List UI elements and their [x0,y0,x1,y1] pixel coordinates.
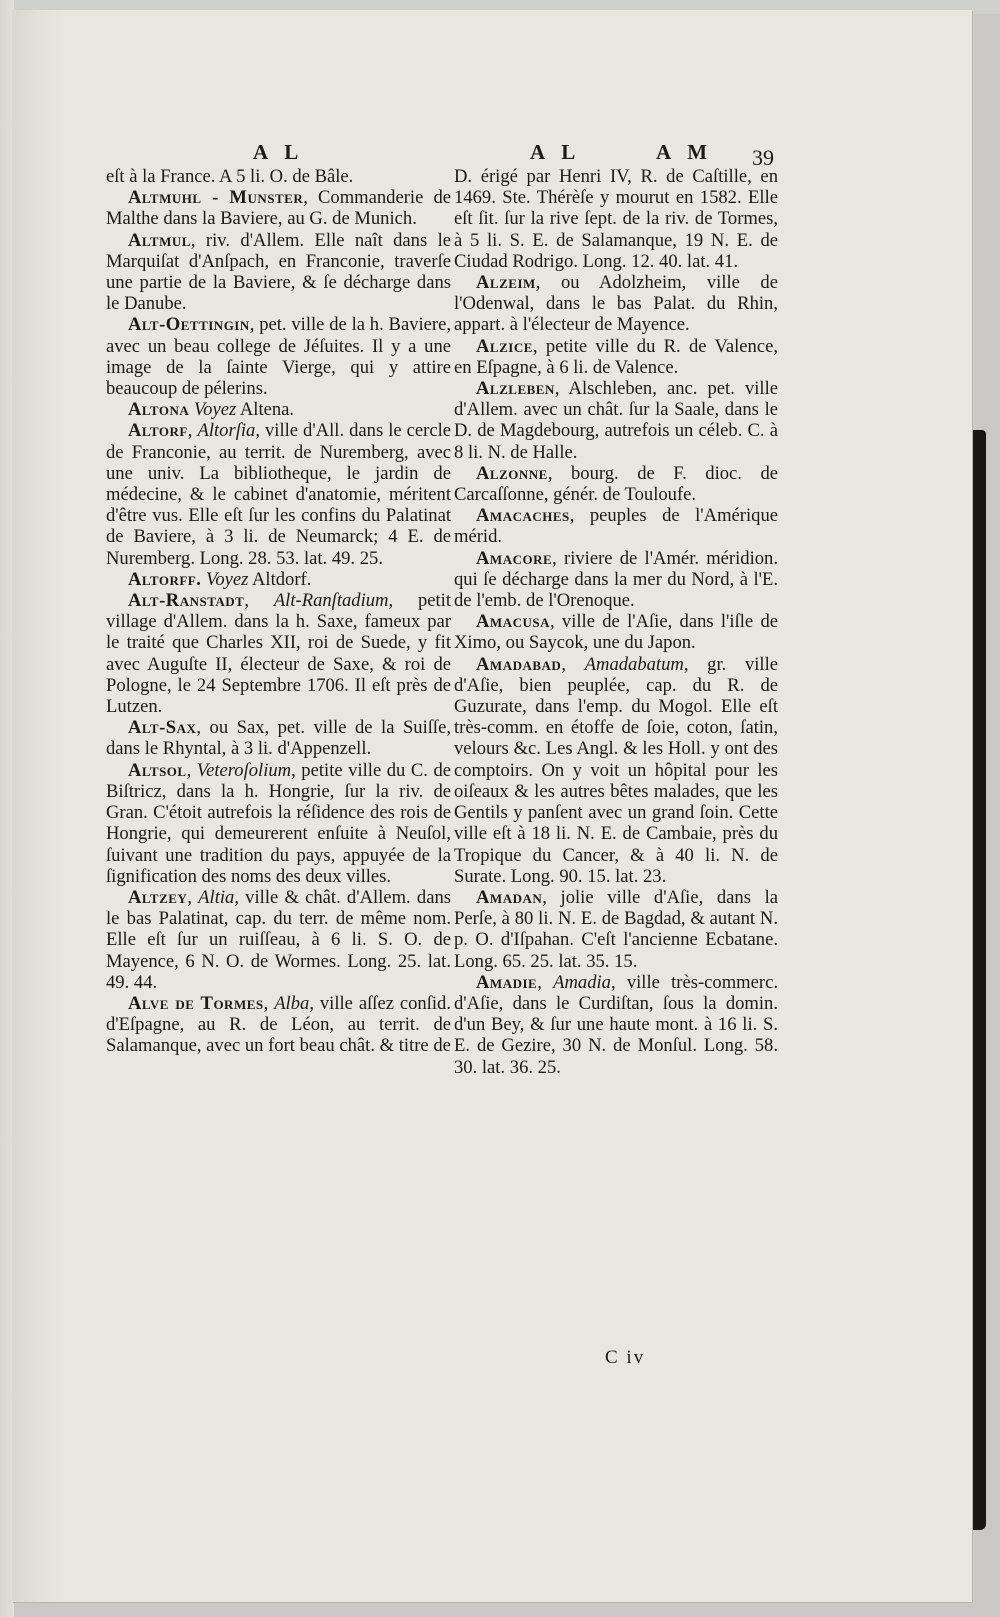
entry-headword: Altmul [128,230,191,251]
dictionary-entry: Amadie, Amadia, ville très-commerc. d'Aſ… [454,972,778,1078]
entry-headword: Altorf [128,420,188,441]
dictionary-entry: Altmuhl - Munster, Commanderie de Malthe… [106,187,451,229]
entry-headword: Altmuhl - Munster [128,187,303,208]
entry-headword: Alt-Sax [128,717,196,738]
dictionary-entry: D. érigé par Henri IV, R. de Caſtille, e… [454,166,778,272]
dictionary-entry: Amadabad, Amadabatum, gr. ville d'Aſie, … [454,654,778,887]
dictionary-entry: Altorf, Altorſia, ville d'All. dans le c… [106,420,451,568]
dictionary-entry: Alt-Oettingin, pet. ville de la h. Bavie… [106,314,451,399]
dictionary-entry: Altona Voyez Altena. [106,399,451,420]
cross-reference: Voyez [206,569,248,590]
entry-text: eſt à la France. A 5 li. O. de Bâle. [106,166,353,187]
entry-latin-name: Veteroſolium [197,760,291,781]
running-head-right-2: A M [656,140,713,165]
entry-headword: Amacore [476,548,552,569]
entry-latin-name: Alba [274,993,309,1014]
dictionary-entry: Alzonne, bourg. de F. dioc. de Carcaſſon… [454,463,778,505]
entry-text: , gr. ville d'Aſie, bien peuplée, cap. d… [454,654,778,887]
entry-headword: Altsol [128,760,187,781]
entry-headword: Alzleben [476,378,555,399]
entry-latin-name: Alt-Ranſtadium [274,590,389,611]
entry-text: , ville d'All. dans le cercle de Francon… [106,420,451,568]
right-column: D. érigé par Henri IV, R. de Caſtille, e… [454,166,778,1078]
running-head-right-1: A L [530,140,581,165]
entry-headword: Amacaches [476,505,570,526]
dictionary-entry: Altzey, Altia, ville & chât. d'Allem. da… [106,887,451,993]
entry-headword: Altzey [128,887,187,908]
entry-headword: Amadie [476,972,537,993]
entry-text: Altdorf. [248,569,311,590]
running-head-left: A L [253,140,304,165]
entry-text: Altena. [236,399,294,420]
cross-reference: Voyez [194,399,236,420]
entry-latin-name: Amadabatum [585,654,684,675]
dictionary-entry: Altsol, Veteroſolium, petite ville du C.… [106,760,451,887]
signature-mark: C iv [605,1347,645,1369]
dictionary-entry: Altmul, riv. d'Allem. Elle naît dans le … [106,230,451,315]
entry-latin-name: Altia [198,887,234,908]
dictionary-entry: Amacaches, peuples de l'Amérique mérid. [454,505,778,547]
dictionary-entry: Amacore, riviere de l'Amér. méridion. qu… [454,548,778,612]
entry-headword: Amadan [476,887,542,908]
left-column: eſt à la France. A 5 li. O. de Bâle.Altm… [106,166,451,1057]
entry-latin-name: Altorſia [197,420,255,441]
entry-headword: Amadabad [476,654,561,675]
dictionary-entry: Alt-Sax, ou Sax, pet. ville de la Suiſſe… [106,717,451,759]
entry-latin-name: Amadia [553,972,611,993]
dictionary-entry: eſt à la France. A 5 li. O. de Bâle. [106,166,451,187]
entry-headword: Alzice [476,336,533,357]
dictionary-entry: Alzice, petite ville du R. de Valence, e… [454,336,778,378]
entry-headword: Amacusa [476,611,550,632]
entry-headword: Alzeim [476,272,536,293]
entry-headword: Alt-Oettingin [128,314,250,335]
entry-text: D. érigé par Henri IV, R. de Caſtille, e… [454,166,778,272]
dictionary-entry: Altorff. Voyez Altdorf. [106,569,451,590]
entry-headword: Alve de Tormes [128,993,264,1014]
entry-headword: Alt-Ranstadt [128,590,244,611]
entry-headword: Alzonne [476,463,548,484]
dictionary-entry: Alzeim, ou Adolzheim, ville de l'Odenwal… [454,272,778,336]
entry-headword: Altona [128,399,189,420]
dictionary-entry: Alzleben, Alschleben, anc. pet. ville d'… [454,378,778,463]
dictionary-entry: Alve de Tormes, Alba, ville aſſez conſid… [106,993,451,1057]
entry-headword: Altorff. [128,569,201,590]
dictionary-entry: Amadan, jolie ville d'Aſie, dans la Perſ… [454,887,778,972]
dictionary-entry: Amacusa, ville de l'Aſie, dans l'iſle de… [454,611,778,653]
dictionary-entry: Alt-Ranstadt, Alt-Ranſtadium, petit vill… [106,590,451,717]
